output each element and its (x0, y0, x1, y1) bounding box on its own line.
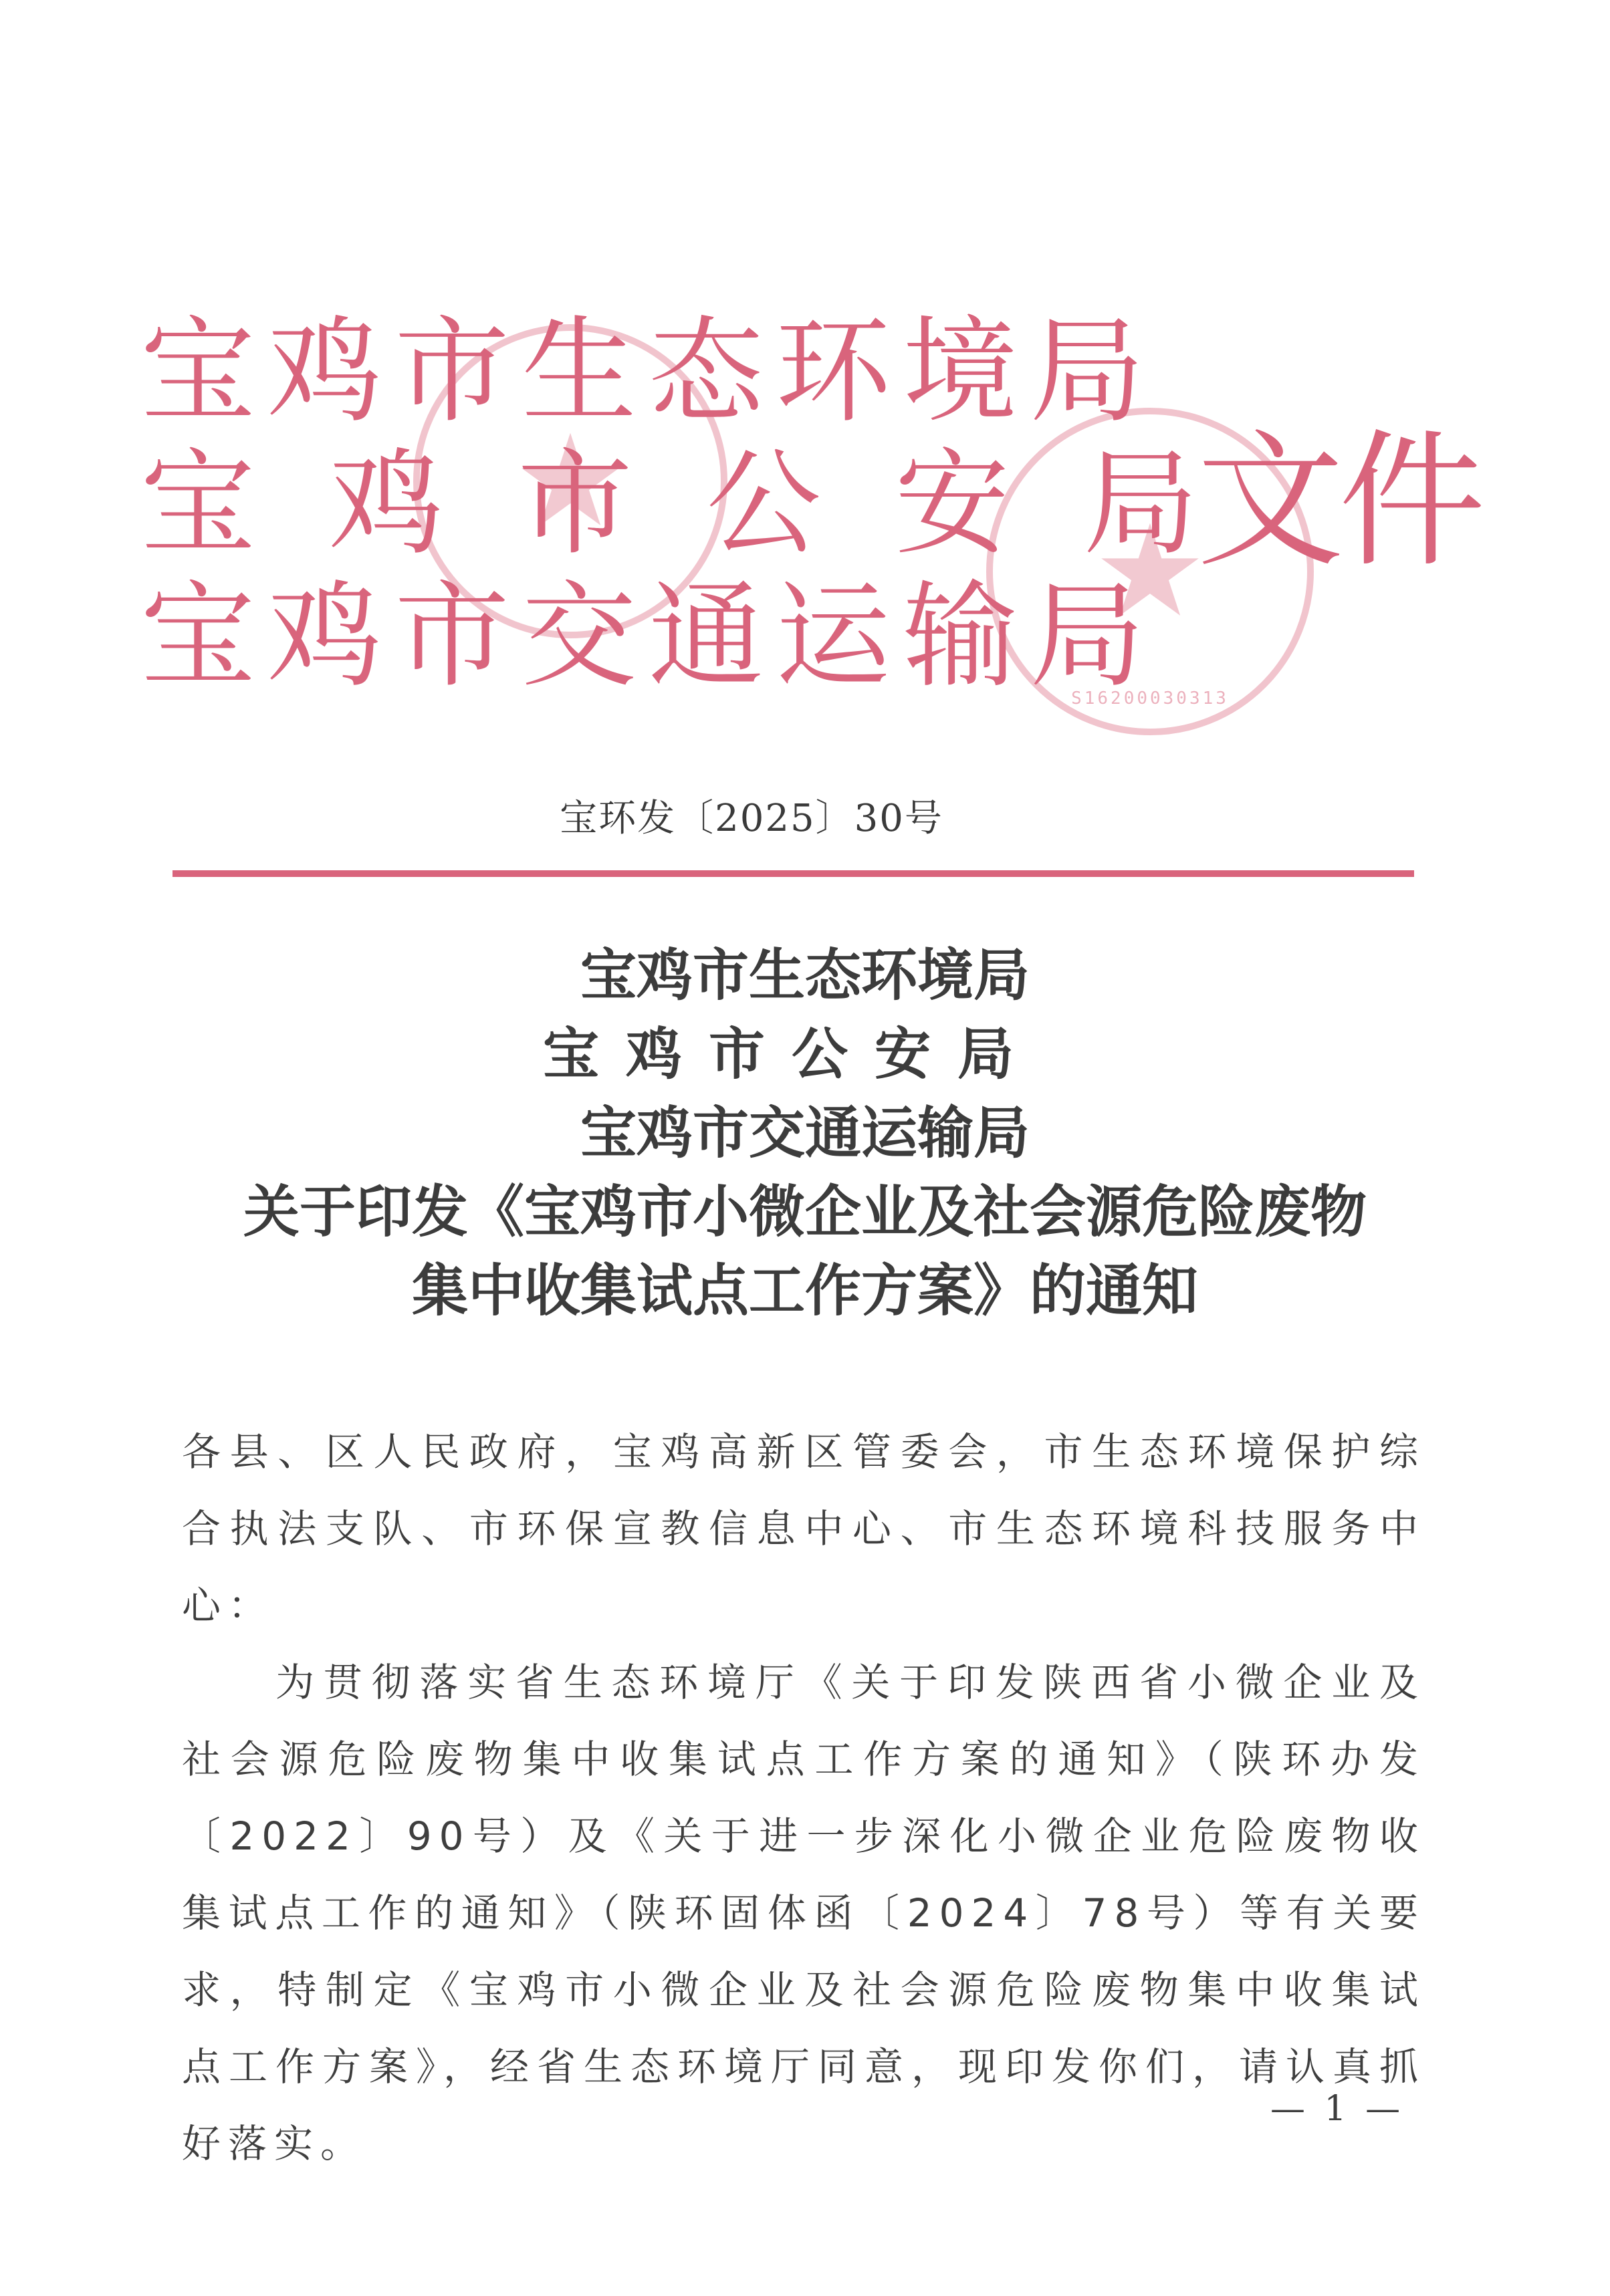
letterhead-org-police: 宝鸡市公安局 (140, 447, 1272, 561)
letterhead-doc-label: 文件 (1197, 428, 1480, 575)
title-org-transport: 宝鸡市交通运输局 (0, 1094, 1610, 1172)
red-letterhead: ★ ★ S16200030313 宝鸡市生态环境局 宝鸡市公安局 宝鸡市交通运输… (0, 0, 1610, 735)
document-page: ★ ★ S16200030313 宝鸡市生态环境局 宝鸡市公安局 宝鸡市交通运输… (0, 0, 1610, 2296)
document-number-text: 宝环发〔2025〕30号 (560, 789, 943, 842)
page-number: — 1 — (1270, 2089, 1404, 2129)
title-subject-line-1: 关于印发《宝鸡市小微企业及社会源危险废物 (0, 1172, 1610, 1251)
title-org-environment: 宝鸡市生态环境局 (0, 936, 1610, 1015)
title-subject-line-2: 集中收集试点工作方案》的通知 (0, 1251, 1610, 1330)
body-paragraph: 为贯彻落实省生态环境厅《关于印发陕西省小微企业及社会源危险废物集中收集试点工作方… (182, 1644, 1425, 2182)
letterhead-org-transport: 宝鸡市交通运输局 (140, 579, 1157, 694)
title-org-police: 宝鸡市公安局 (0, 1015, 1610, 1094)
addressee: 各县、区人民政府，宝鸡高新区管委会，市生态环境保护综合执法支队、市环保宣教信息中… (182, 1414, 1425, 1644)
red-separator-line (172, 870, 1414, 877)
letterhead-org-environment: 宝鸡市生态环境局 (140, 314, 1157, 429)
document-title: 宝鸡市生态环境局 宝鸡市公安局 宝鸡市交通运输局 关于印发《宝鸡市小微企业及社会… (0, 936, 1610, 1330)
document-number: 宝环发〔2025〕30号 (0, 789, 1610, 842)
document-body: 各县、区人民政府，宝鸡高新区管委会，市生态环境保护综合执法支队、市环保宣教信息中… (182, 1414, 1425, 2182)
